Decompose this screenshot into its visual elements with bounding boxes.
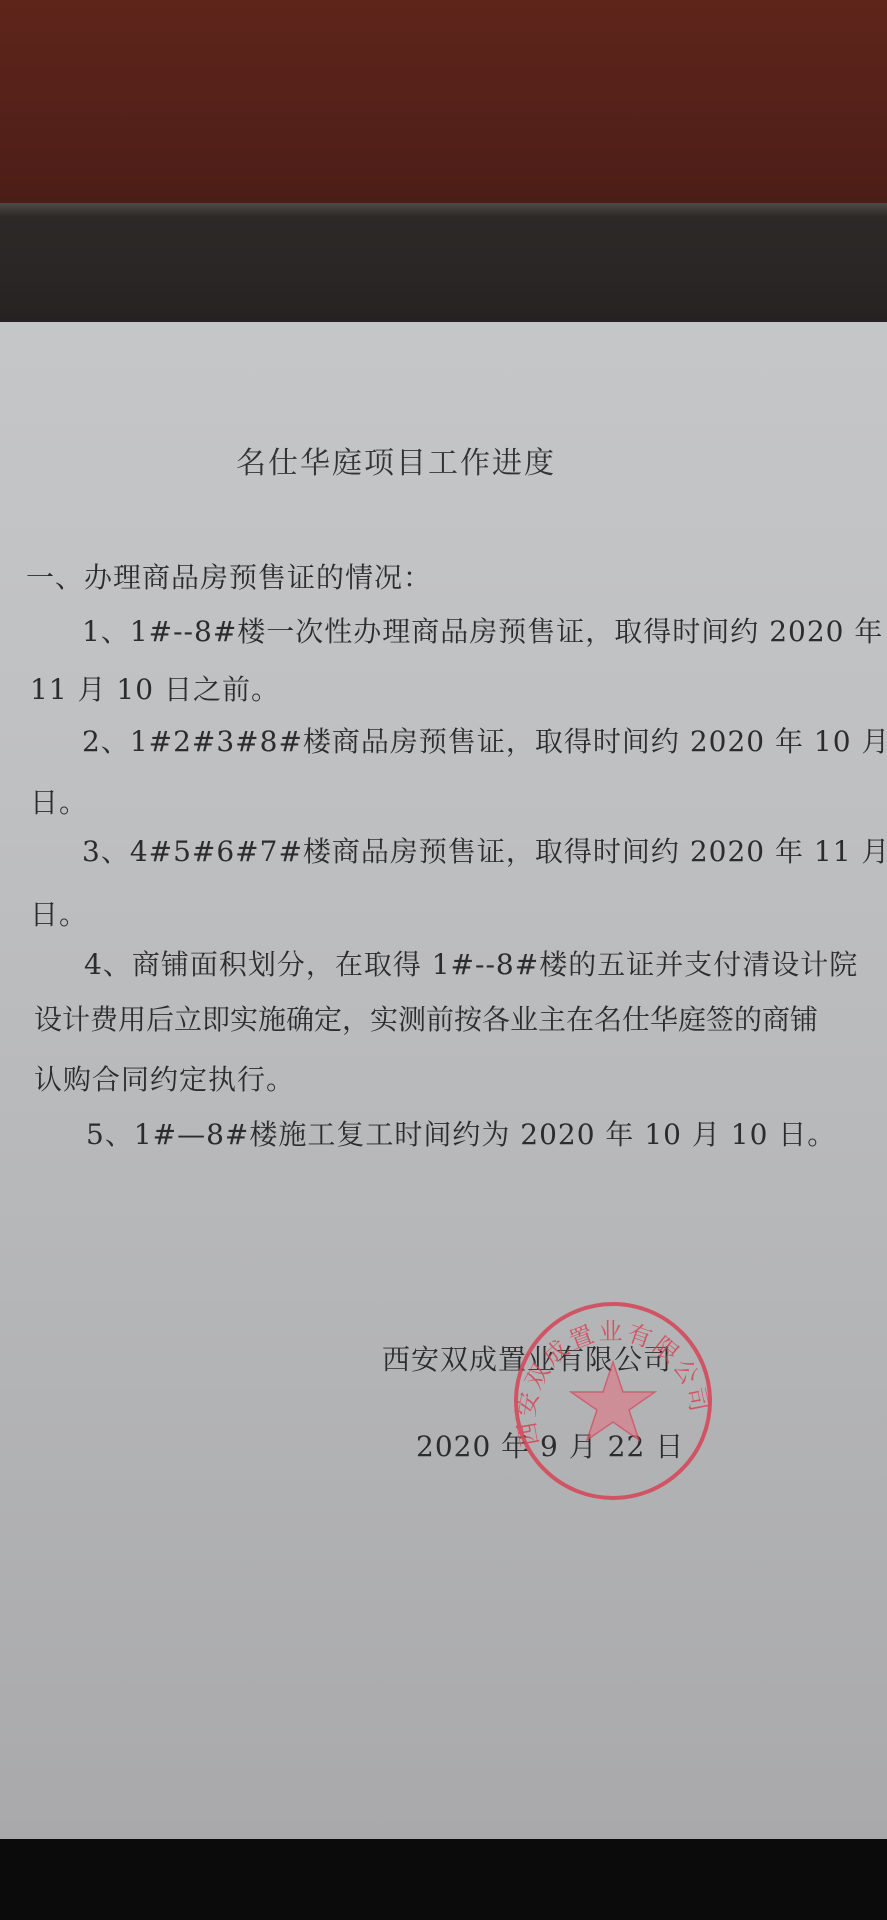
dark-table-edge [0,203,887,323]
section-heading: 一、办理商品房预售证的情况： [26,561,432,595]
wooden-table-surface [0,0,887,204]
item-4-line-1: 4、商铺面积划分，在取得 1#--8#楼的五证并支付清设计院 [84,948,858,982]
item-2-line-2: 日。 [30,786,88,820]
item-2-line-1: 2、1#2#3#8#楼商品房预售证，取得时间约 2020 年 10 月 10 [82,725,887,759]
document-title: 名仕华庭项目工作进度 [236,447,556,481]
item-1-line-1: 1、1#--8#楼一次性办理商品房预售证，取得时间约 2020 年 [82,615,883,649]
item-5-line-1: 5、1#—8#楼施工复工时间约为 2020 年 10 月 10 日。 [86,1118,836,1152]
item-3-line-1: 3、4#5#6#7#楼商品房预售证，取得时间约 2020 年 11 月 10 [82,835,887,869]
dark-surface-bottom [0,1839,887,1920]
item-4-line-2: 设计费用后立即实施确定，实测前按各业主在名仕华庭签的商铺 [34,1003,818,1037]
item-1-line-2: 11 月 10 日之前。 [30,673,280,707]
item-3-line-2: 日。 [30,898,88,932]
star-icon [571,1362,655,1440]
company-seal-stamp: 西安双成置业有限公司 [512,1300,714,1502]
item-4-line-3: 认购合同约定执行。 [34,1063,295,1097]
